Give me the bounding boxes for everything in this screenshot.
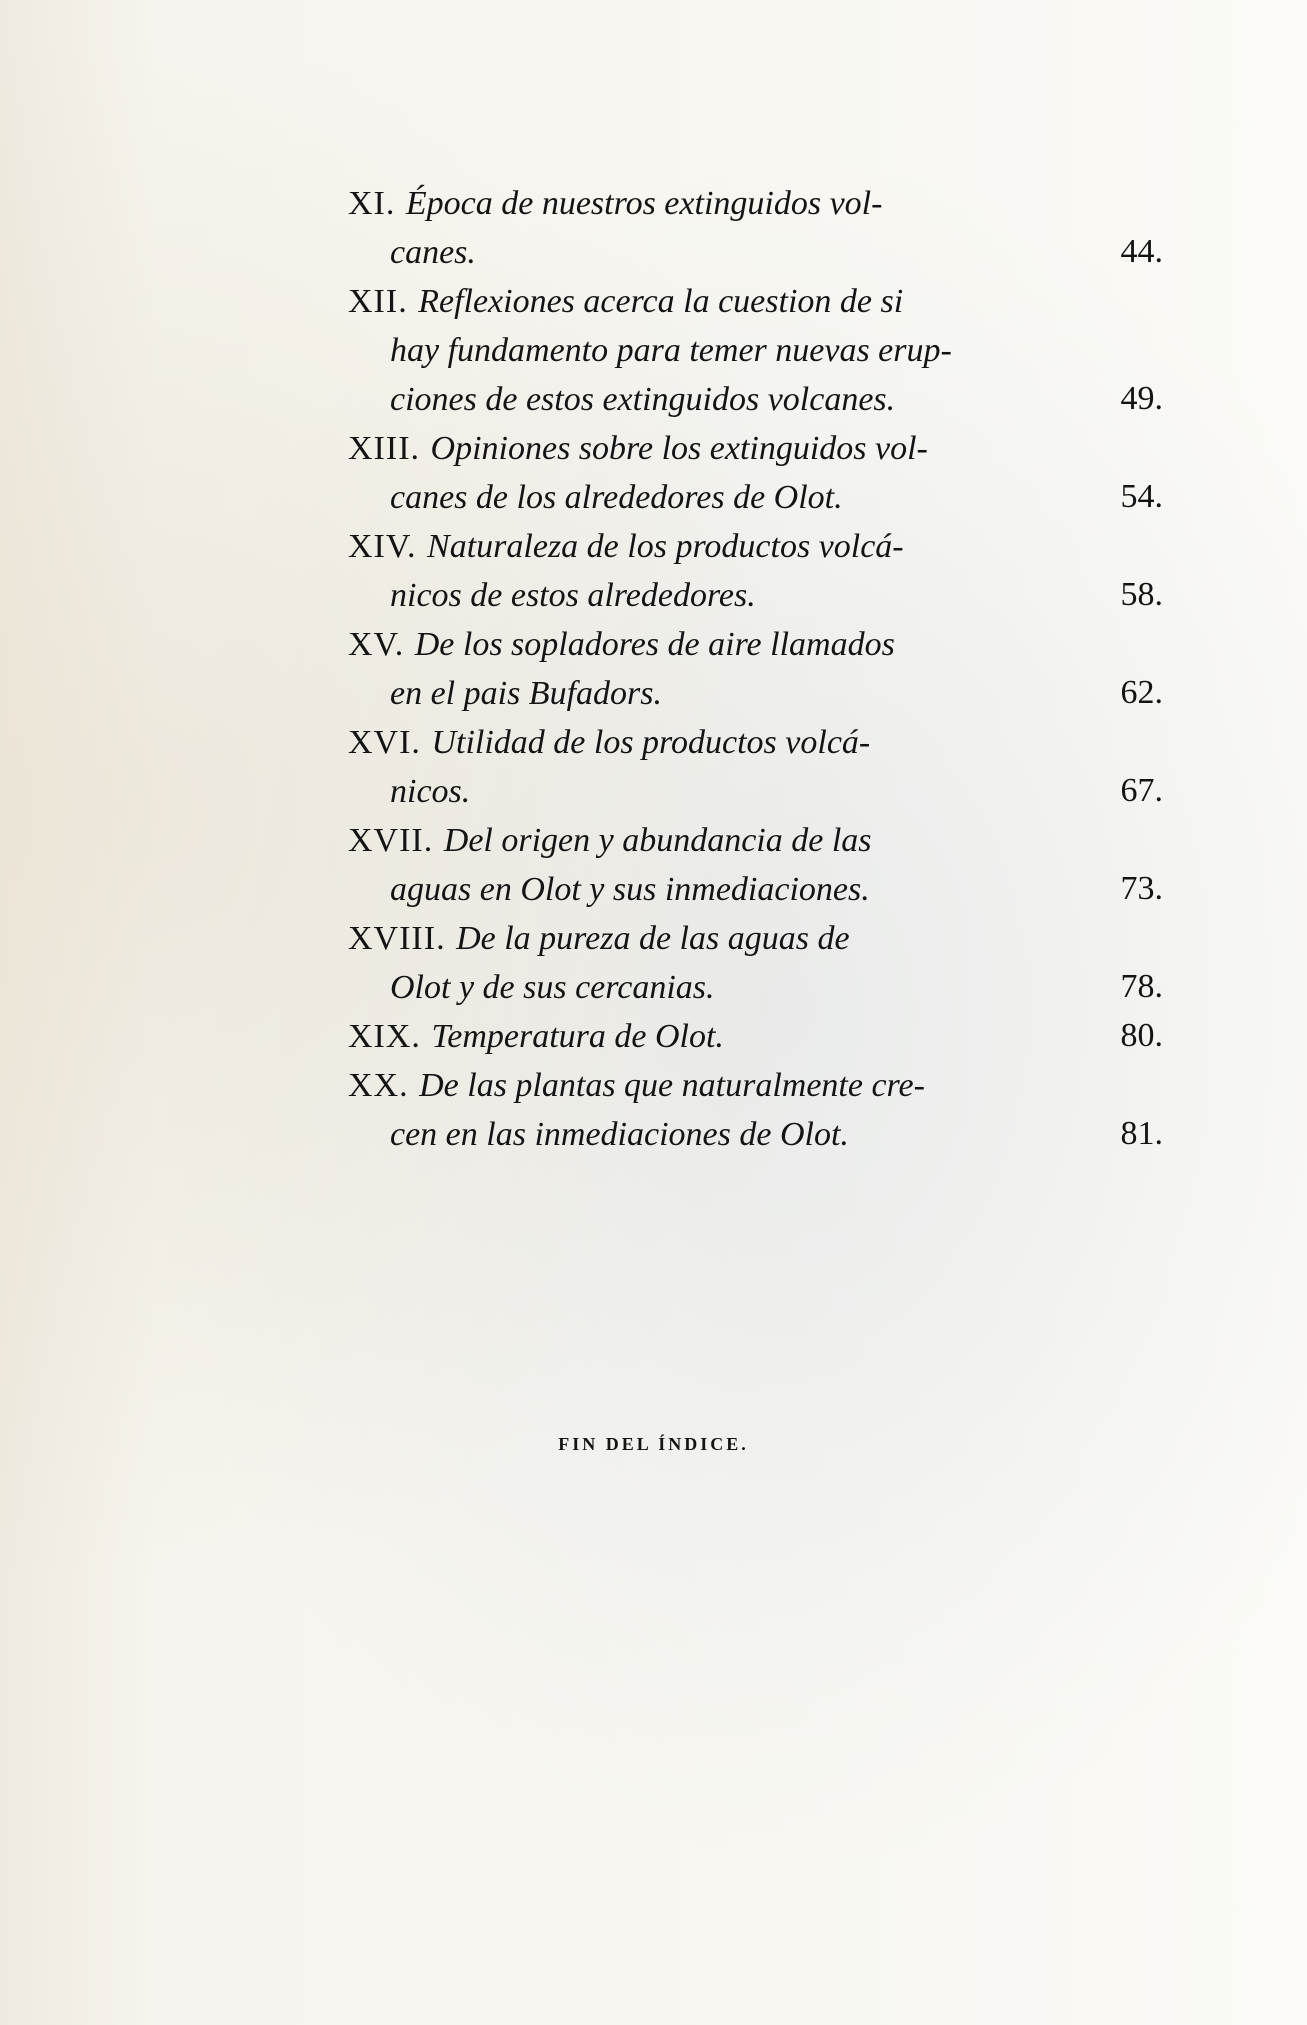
toc-entry-xviii: XVIII. De la pureza de las aguas de Olot… [348, 913, 1163, 1011]
chapter-numeral: XVI. [348, 724, 421, 761]
page-number: 73. [1121, 864, 1164, 913]
chapter-numeral: XII. [348, 283, 408, 320]
chapter-title: Del origen y abundancia de las [444, 822, 872, 859]
toc-entry-xv: XV. De los sopladores de aire llamados e… [348, 619, 1163, 717]
toc-entry-xvii: XVII. Del origen y abundancia de las agu… [348, 815, 1163, 913]
chapter-numeral: XIX. [348, 1018, 421, 1055]
chapter-title-cont: canes. [390, 234, 476, 271]
chapter-numeral: XVII. [348, 822, 433, 859]
page-number: 58. [1121, 570, 1164, 619]
toc-entry-xi: XI. Época de nuestros extinguidos vol- c… [348, 178, 1163, 276]
chapter-numeral: XIII. [348, 430, 420, 467]
page-number: 81. [1121, 1109, 1164, 1158]
toc-entry-xiv: XIV. Naturaleza de los productos volcá- … [348, 521, 1163, 619]
chapter-title: Reflexiones acerca la cuestion de si [418, 283, 903, 320]
page-number: 62. [1121, 668, 1164, 717]
toc-entry-xvi: XVI. Utilidad de los productos volcá- ni… [348, 717, 1163, 815]
page-number: 49. [1121, 374, 1164, 423]
chapter-title-cont: hay fundamento para temer nuevas erup- [390, 332, 952, 369]
chapter-title: Época de nuestros extinguidos vol- [406, 185, 883, 222]
chapter-numeral: XIV. [348, 528, 417, 565]
chapter-title: De las plantas que naturalmente cre- [419, 1067, 925, 1104]
chapter-title-cont: en el pais Bufadors. [390, 675, 662, 712]
toc-entry-xix: XIX. Temperatura de Olot.80. [348, 1011, 1163, 1060]
chapter-title-cont: canes de los alrededores de Olot. [390, 479, 843, 516]
page-number: 80. [1121, 1011, 1164, 1060]
chapter-numeral: XVIII. [348, 920, 446, 957]
chapter-title-cont: nicos. [390, 773, 470, 810]
end-of-index-label: FIN DEL ÍNDICE. [0, 1434, 1307, 1455]
chapter-title-cont: aguas en Olot y sus inmediaciones. [390, 871, 870, 908]
page-number: 54. [1121, 472, 1164, 521]
chapter-title: Naturaleza de los productos volcá- [427, 528, 904, 565]
toc-entry-xiii: XIII. Opiniones sobre los extinguidos vo… [348, 423, 1163, 521]
page-number: 67. [1121, 766, 1164, 815]
chapter-title: Temperatura de Olot. [431, 1018, 723, 1055]
chapter-title: Opiniones sobre los extinguidos vol- [431, 430, 928, 467]
chapter-title-cont: ciones de estos extinguidos volcanes. [390, 381, 895, 418]
chapter-title-cont: nicos de estos alrededores. [390, 577, 756, 614]
table-of-contents: XI. Época de nuestros extinguidos vol- c… [348, 178, 1163, 1158]
chapter-title: De la pureza de las aguas de [456, 920, 849, 957]
chapter-title: De los sopladores de aire llamados [415, 626, 895, 663]
page-number: 44. [1121, 227, 1164, 276]
toc-entry-xx: XX. De las plantas que naturalmente cre-… [348, 1060, 1163, 1158]
page-number: 78. [1121, 962, 1164, 1011]
toc-entry-xii: XII. Reflexiones acerca la cuestion de s… [348, 276, 1163, 423]
chapter-title: Utilidad de los productos volcá- [431, 724, 870, 761]
chapter-title-cont: Olot y de sus cercanias. [390, 969, 715, 1006]
chapter-numeral: XV. [348, 626, 404, 663]
chapter-numeral: XI. [348, 185, 395, 222]
chapter-title-cont: cen en las inmediaciones de Olot. [390, 1116, 849, 1153]
chapter-numeral: XX. [348, 1067, 409, 1104]
